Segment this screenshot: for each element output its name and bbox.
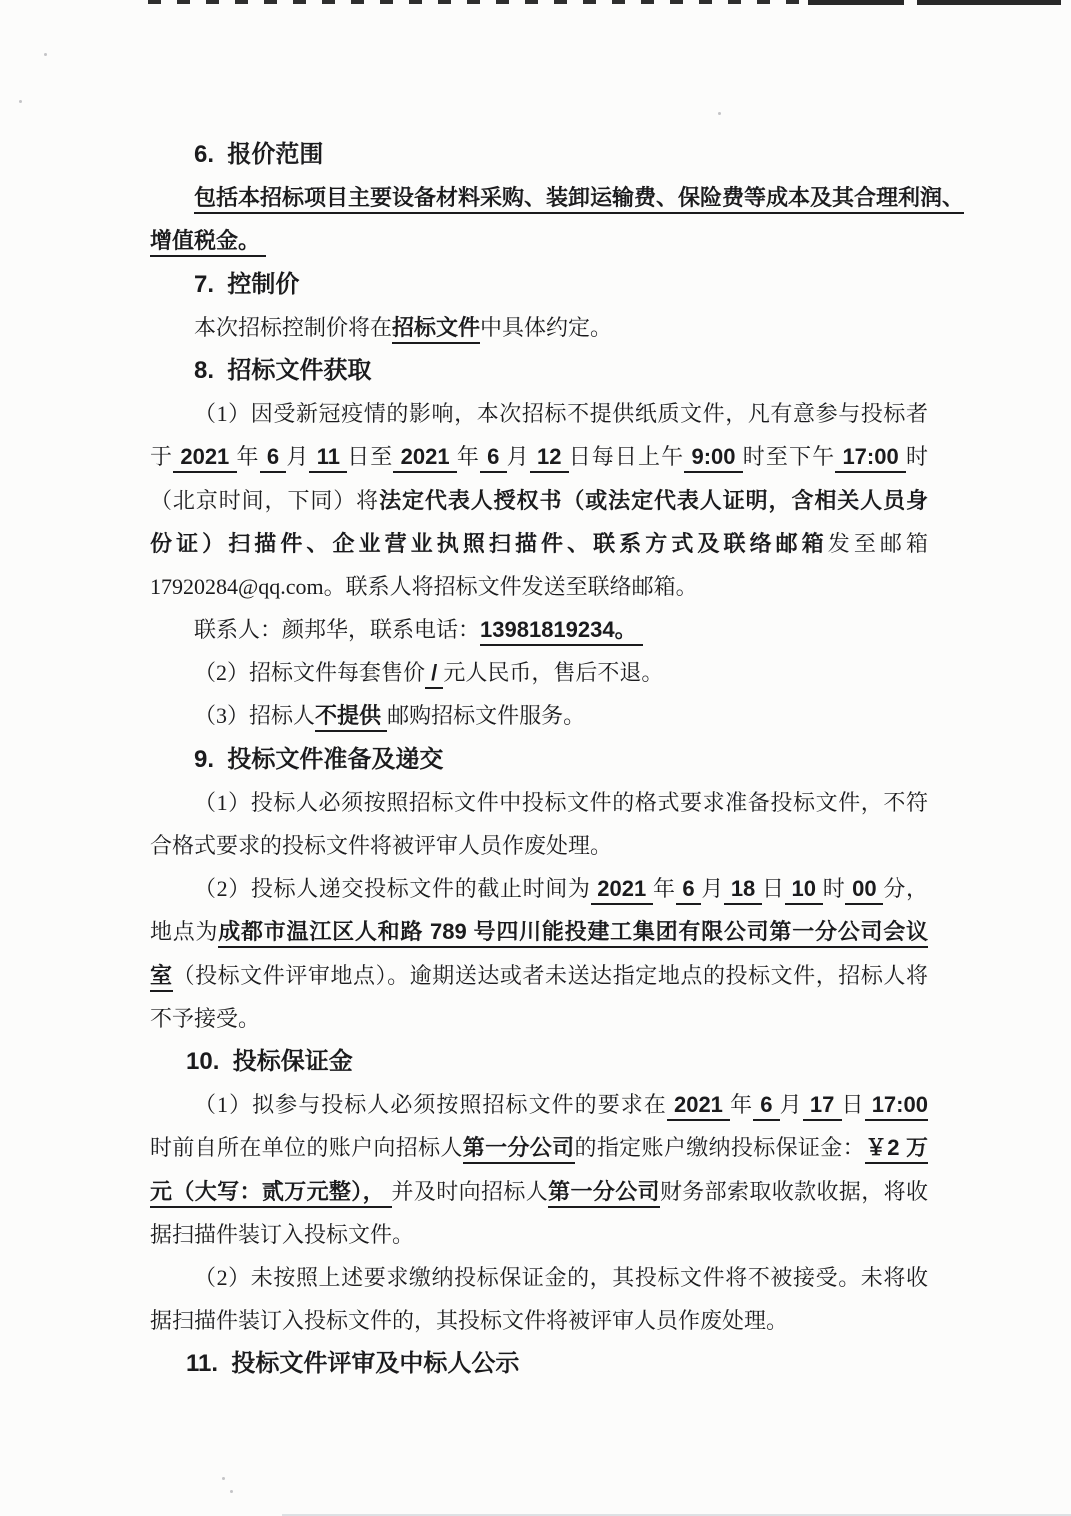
text-run: 联系人：颜邦华，联系电话： <box>194 617 480 642</box>
text-run: 合格式要求的投标文件将被评审人员作废处理。 <box>150 833 612 858</box>
underlined-text: 12 <box>530 444 569 473</box>
text-run: 发至邮箱 <box>828 531 928 556</box>
underlined-text: 室 <box>150 963 173 992</box>
bold-text: 9. 投标文件准备及递交 <box>194 746 443 773</box>
bid-bond-p1-line-1: （1）拟参与投标人必须按照招标文件的要求在 2021 年 6 月 17 日 17… <box>150 1083 928 1126</box>
doc-acq-p1-line-5: 17920284@qq.com。联系人将招标文件发送至联络邮箱。 <box>150 565 928 608</box>
underlined-text: 包括本招标项目主要设备材料采购、装卸运输费、保险费等成本及其合理利润、 <box>194 185 964 214</box>
text-run: 日 <box>842 1092 865 1117</box>
text-run: （北京时间，下同）将 <box>150 488 379 513</box>
doc-acq-p1-line-2: 于 2021 年 6 月 11 日至 2021 年 6 月 12 日每日上午 9… <box>150 435 928 478</box>
text-run: 时 <box>823 876 846 901</box>
bold-text: 6. 报价范围 <box>194 141 323 168</box>
underlined-text: 13981819234。 <box>480 617 643 646</box>
quote-scope-line-1: 包括本招标项目主要设备材料采购、装卸运输费、保险费等成本及其合理利润、 <box>150 176 928 219</box>
underlined-text: 11 <box>309 444 347 473</box>
scanned-document-page: { "page": { "colors": { "background": "#… <box>0 0 1071 1516</box>
heading-11-review-announcement: 11. 投标文件评审及中标人公示 <box>150 1342 928 1385</box>
text-run: 据扫描件装订入投标文件的，其投标文件将被评审人员作废处理。 <box>150 1308 788 1333</box>
underlined-text: 00 <box>845 876 883 905</box>
quote-scope-line-2: 增值税金。 <box>150 219 928 262</box>
doc-acq-p1-line-1: （1）因受新冠疫情的影响，本次招标不提供纸质文件，凡有意参与投标者 <box>150 392 928 435</box>
text-run: 不予接受。 <box>150 1006 260 1031</box>
underlined-text: 增值税金。 <box>150 228 266 257</box>
scan-artifact-top-dashes <box>148 0 808 4</box>
scan-speck <box>230 1490 233 1493</box>
text-run: 月 <box>780 1092 803 1117</box>
underlined-text: 6 <box>676 876 702 905</box>
bold-text: 11. 投标文件评审及中标人公示 <box>186 1350 519 1377</box>
text-run: （投标文件评审地点）。逾期送达或者未送达指定地点的投标文件，招标人将 <box>173 963 928 988</box>
text-run: 本次招标控制价将在 <box>194 315 392 340</box>
text-run: （1）拟参与投标人必须按照招标文件的要求在 <box>194 1092 667 1117</box>
bid-prep-p2-line-3: 室（投标文件评审地点）。逾期送达或者未送达指定地点的投标文件，招标人将 <box>150 954 928 997</box>
heading-8-doc-acquisition: 8. 招标文件获取 <box>150 349 928 392</box>
text-run: 日 <box>762 876 785 901</box>
text-run: 日至 <box>347 444 393 469</box>
text-run: 年 <box>653 876 676 901</box>
text-run: 于 <box>150 444 173 469</box>
text-run: 分， <box>883 876 928 901</box>
underlined-text: / <box>425 660 443 689</box>
bold-text: 份证）扫描件、企业营业执照扫描件、联系方式及联络邮箱 <box>150 531 828 556</box>
text-run: 年 <box>457 444 480 469</box>
bold-text: 8. 招标文件获取 <box>194 357 371 384</box>
bold-text: 10. 投标保证金 <box>186 1048 353 1075</box>
doc-acq-p3: （3）招标人不提供 邮购招标文件服务。 <box>150 694 928 737</box>
underlined-text: 6 <box>260 444 287 473</box>
underlined-text: 2021 <box>591 876 653 905</box>
bid-bond-p1-line-4: 据扫描件装订入投标文件。 <box>150 1213 928 1256</box>
underlined-text: 2021 <box>173 444 236 473</box>
text-run: （2）投标人递交投标文件的截止时间为 <box>194 876 591 901</box>
text-run: 邮购招标文件服务。 <box>387 703 585 728</box>
bid-bond-p1-line-2: 时前自所在单位的账户向招标人第一分公司的指定账户缴纳投标保证金：￥2 万 <box>150 1126 928 1169</box>
scan-speck <box>19 100 22 103</box>
text-run: 中具体约定。 <box>480 315 612 340</box>
heading-10-bid-bond: 10. 投标保证金 <box>150 1040 928 1083</box>
bid-bond-p1-line-3: 元（大写：贰万元整）， 并及时向招标人第一分公司财务部索取收款收据，将收 <box>150 1170 928 1213</box>
bold-text: 法定代表人授权书（或法定代表人证明，含相关人员身 <box>379 488 928 513</box>
scan-speck <box>718 112 721 115</box>
text-run: 时至下午 <box>743 444 835 469</box>
underlined-text: 10 <box>785 876 823 905</box>
text-run: （1）因受新冠疫情的影响，本次招标不提供纸质文件，凡有意参与投标者 <box>194 401 928 426</box>
text-run: 时前自所在单位的账户向招标人 <box>150 1135 463 1160</box>
document-content: 6. 报价范围包括本招标项目主要设备材料采购、装卸运输费、保险费等成本及其合理利… <box>150 133 928 1385</box>
text-run: （2）未按照上述要求缴纳投标保证金的，其投标文件将不被接受。未将收 <box>194 1265 928 1290</box>
underlined-text: 招标文件 <box>392 315 480 344</box>
text-run: 年 <box>730 1092 753 1117</box>
underlined-text: 17:00 <box>835 444 906 473</box>
underlined-text: 6 <box>753 1092 780 1121</box>
text-run: （1）投标人必须按照招标文件中投标文件的格式要求准备投标文件，不符 <box>194 790 928 815</box>
text-run: 月 <box>507 444 530 469</box>
text-run: 月 <box>701 876 724 901</box>
text-run: 时 <box>906 444 928 469</box>
bid-prep-p1-line-1: （1）投标人必须按照招标文件中投标文件的格式要求准备投标文件，不符 <box>150 781 928 824</box>
underlined-text: 成都市温江区人和路 789 号四川能投建工集团有限公司第一分公司会议 <box>218 919 928 948</box>
underlined-text: 18 <box>724 876 762 905</box>
text-run: （2）招标文件每套售价 <box>194 660 425 685</box>
bid-prep-p2-line-4: 不予接受。 <box>150 997 928 1040</box>
underlined-text: 不提供 <box>315 703 387 732</box>
doc-acq-p2: （2）招标文件每套售价 / 元人民币，售后不退。 <box>150 651 928 694</box>
text-run: （3）招标人 <box>194 703 315 728</box>
bid-bond-p2-line-1: （2）未按照上述要求缴纳投标保证金的，其投标文件将不被接受。未将收 <box>150 1256 928 1299</box>
contact-line: 联系人：颜邦华，联系电话：13981819234。 <box>150 608 928 651</box>
underlined-text: ￥2 万 <box>865 1135 928 1164</box>
scan-speck <box>44 53 47 56</box>
text-run: 并及时向招标人 <box>392 1179 549 1204</box>
heading-7-control-price: 7. 控制价 <box>150 263 928 306</box>
underlined-text: 17:00 <box>865 1092 928 1121</box>
underlined-text: 17 <box>803 1092 842 1121</box>
text-run: 月 <box>286 444 309 469</box>
bid-bond-p2-line-2: 据扫描件装订入投标文件的，其投标文件将被评审人员作废处理。 <box>150 1299 928 1342</box>
underlined-text: 元（大写：贰万元整）， <box>150 1179 392 1208</box>
doc-acq-p1-line-4: 份证）扫描件、企业营业执照扫描件、联系方式及联络邮箱发至邮箱 <box>150 522 928 565</box>
text-run: 元人民币，售后不退。 <box>443 660 663 685</box>
bold-text: 7. 控制价 <box>194 271 299 298</box>
text-run: 地点为 <box>150 919 218 944</box>
heading-6-quote-scope: 6. 报价范围 <box>150 133 928 176</box>
scan-speck <box>222 1477 225 1480</box>
text-run: 的指定账户缴纳投标保证金： <box>575 1135 865 1160</box>
underlined-text: 第一分公司 <box>463 1135 575 1164</box>
scan-artifact-top-edge <box>148 0 1071 5</box>
bid-prep-p2-line-2: 地点为成都市温江区人和路 789 号四川能投建工集团有限公司第一分公司会议 <box>150 910 928 953</box>
underlined-text: 9:00 <box>684 444 742 473</box>
bid-prep-p1-line-2: 合格式要求的投标文件将被评审人员作废处理。 <box>150 824 928 867</box>
control-price-body: 本次招标控制价将在招标文件中具体约定。 <box>150 306 928 349</box>
text-run: 年 <box>237 444 260 469</box>
text-run: 财务部索取收款收据，将收 <box>660 1179 928 1204</box>
underlined-text: 2021 <box>667 1092 730 1121</box>
doc-acq-p1-line-3: （北京时间，下同）将法定代表人授权书（或法定代表人证明，含相关人员身 <box>150 479 928 522</box>
text-run: 17920284@qq.com。联系人将招标文件发送至联络邮箱。 <box>150 574 698 599</box>
underlined-text: 6 <box>480 444 507 473</box>
underlined-text: 2021 <box>393 444 456 473</box>
bid-prep-p2-line-1: （2）投标人递交投标文件的截止时间为 2021 年 6 月 18 日 10 时 … <box>150 867 928 910</box>
text-run: 日每日上午 <box>569 444 685 469</box>
scan-artifact-top-solid <box>808 0 1061 5</box>
underlined-text: 第一分公司 <box>548 1179 660 1208</box>
text-run: 据扫描件装订入投标文件。 <box>150 1222 414 1247</box>
heading-9-bid-preparation: 9. 投标文件准备及递交 <box>150 738 928 781</box>
